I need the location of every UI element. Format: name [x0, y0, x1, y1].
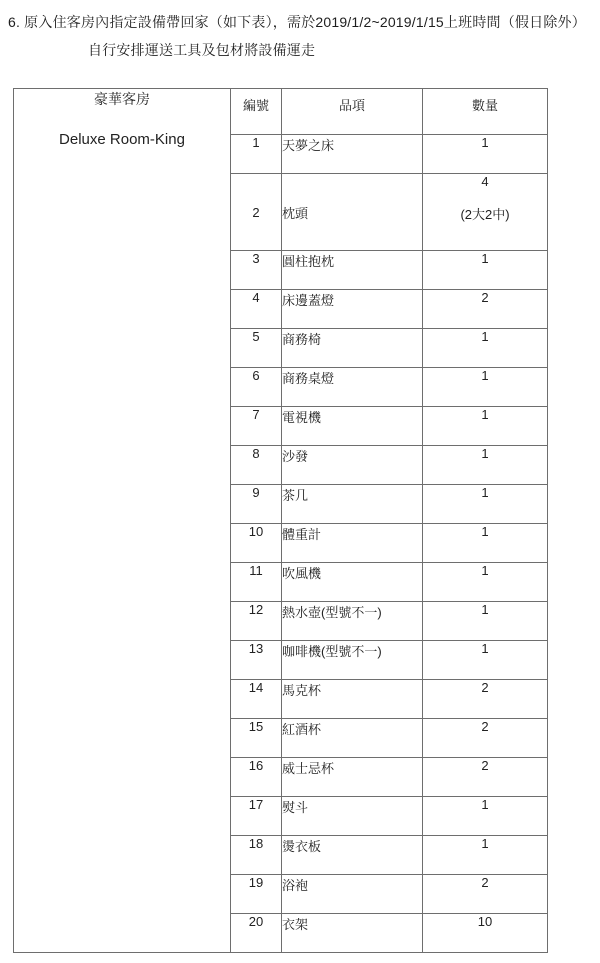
item-name: 浴袍: [282, 875, 423, 914]
quantity-value: 1: [423, 407, 547, 422]
row-number: 4: [231, 290, 282, 329]
row-number: 17: [231, 797, 282, 836]
item-quantity: 2: [423, 758, 548, 797]
quantity-value: 1: [423, 641, 547, 656]
quantity-value: 2: [423, 875, 547, 890]
item-name: 電視機: [282, 407, 423, 446]
item-name: 茶几: [282, 485, 423, 524]
item-quantity: 2: [423, 290, 548, 329]
column-header-qty: 數量: [423, 89, 548, 135]
quantity-value: 1: [423, 563, 547, 578]
quantity-value: 4: [423, 174, 547, 189]
item-quantity: 1: [423, 602, 548, 641]
quantity-value: 1: [423, 368, 547, 383]
room-cell: 豪華客房 Deluxe Room-King: [14, 89, 231, 953]
row-number: 1: [231, 135, 282, 174]
note-line-1: 6. 原入住客房內指定設備帶回家（如下表），需於2019/1/2~2019/1/…: [8, 8, 596, 36]
row-number: 18: [231, 836, 282, 875]
item-name: 衣架: [282, 914, 423, 953]
row-number: 2: [231, 174, 282, 251]
item-name: 沙發: [282, 446, 423, 485]
row-number: 14: [231, 680, 282, 719]
item-quantity: 1: [423, 797, 548, 836]
quantity-value: 1: [423, 135, 547, 150]
equipment-table: 豪華客房 Deluxe Room-King 編號 品項 數量 1 天夢之床 1 …: [13, 88, 548, 953]
row-number: 19: [231, 875, 282, 914]
quantity-value: 1: [423, 524, 547, 539]
note-text: 6. 原入住客房內指定設備帶回家（如下表），需於2019/1/2~2019/1/…: [8, 8, 596, 64]
quantity-value: 2: [423, 719, 547, 734]
item-quantity: 1: [423, 641, 548, 680]
item-name: 天夢之床: [282, 135, 423, 174]
row-number: 15: [231, 719, 282, 758]
item-quantity: 1: [423, 446, 548, 485]
item-quantity: 4 (2大2中): [423, 174, 548, 251]
item-name: 體重計: [282, 524, 423, 563]
row-number: 9: [231, 485, 282, 524]
row-number: 13: [231, 641, 282, 680]
item-quantity: 2: [423, 875, 548, 914]
note-line-2: 自行安排運送工具及包材將設備運走: [8, 36, 596, 64]
column-header-no: 編號: [231, 89, 282, 135]
item-name: 威士忌杯: [282, 758, 423, 797]
row-number: 3: [231, 251, 282, 290]
quantity-value: 10: [423, 914, 547, 929]
quantity-value: 1: [423, 446, 547, 461]
item-quantity: 1: [423, 563, 548, 602]
item-quantity: 1: [423, 485, 548, 524]
quantity-value: 2: [423, 680, 547, 695]
quantity-value: 1: [423, 602, 547, 617]
item-name: 商務桌燈: [282, 368, 423, 407]
row-number: 12: [231, 602, 282, 641]
table-header-row: 豪華客房 Deluxe Room-King 編號 品項 數量: [14, 89, 548, 135]
quantity-value: 1: [423, 485, 547, 500]
quantity-value: 1: [423, 251, 547, 266]
row-number: 16: [231, 758, 282, 797]
item-quantity: 1: [423, 836, 548, 875]
row-number: 6: [231, 368, 282, 407]
row-number: 5: [231, 329, 282, 368]
row-number: 10: [231, 524, 282, 563]
item-name: 熨斗: [282, 797, 423, 836]
quantity-note: (2大2中): [423, 204, 547, 223]
item-name: 馬克杯: [282, 680, 423, 719]
item-quantity: 10: [423, 914, 548, 953]
row-number: 7: [231, 407, 282, 446]
item-quantity: 2: [423, 719, 548, 758]
item-name: 商務椅: [282, 329, 423, 368]
row-number: 20: [231, 914, 282, 953]
column-header-item: 品項: [282, 89, 423, 135]
room-name-zh: 豪華客房: [14, 89, 230, 109]
quantity-value: 2: [423, 758, 547, 773]
document-page: 6. 原入住客房內指定設備帶回家（如下表），需於2019/1/2~2019/1/…: [0, 0, 600, 963]
item-quantity: 2: [423, 680, 548, 719]
row-number: 8: [231, 446, 282, 485]
item-quantity: 1: [423, 135, 548, 174]
row-number: 11: [231, 563, 282, 602]
item-name: 枕頭: [282, 174, 423, 251]
item-quantity: 1: [423, 407, 548, 446]
quantity-value: 1: [423, 329, 547, 344]
item-quantity: 1: [423, 368, 548, 407]
item-name: 燙衣板: [282, 836, 423, 875]
item-name: 床邊蓋燈: [282, 290, 423, 329]
item-quantity: 1: [423, 329, 548, 368]
item-quantity: 1: [423, 251, 548, 290]
item-name: 熱水壺(型號不一): [282, 602, 423, 641]
item-name: 咖啡機(型號不一): [282, 641, 423, 680]
quantity-value: 1: [423, 797, 547, 812]
item-name: 吹風機: [282, 563, 423, 602]
quantity-value: 1: [423, 836, 547, 851]
item-name: 圓柱抱枕: [282, 251, 423, 290]
item-name: 紅酒杯: [282, 719, 423, 758]
room-name-en: Deluxe Room-King: [14, 131, 230, 148]
item-quantity: 1: [423, 524, 548, 563]
quantity-value: 2: [423, 290, 547, 305]
